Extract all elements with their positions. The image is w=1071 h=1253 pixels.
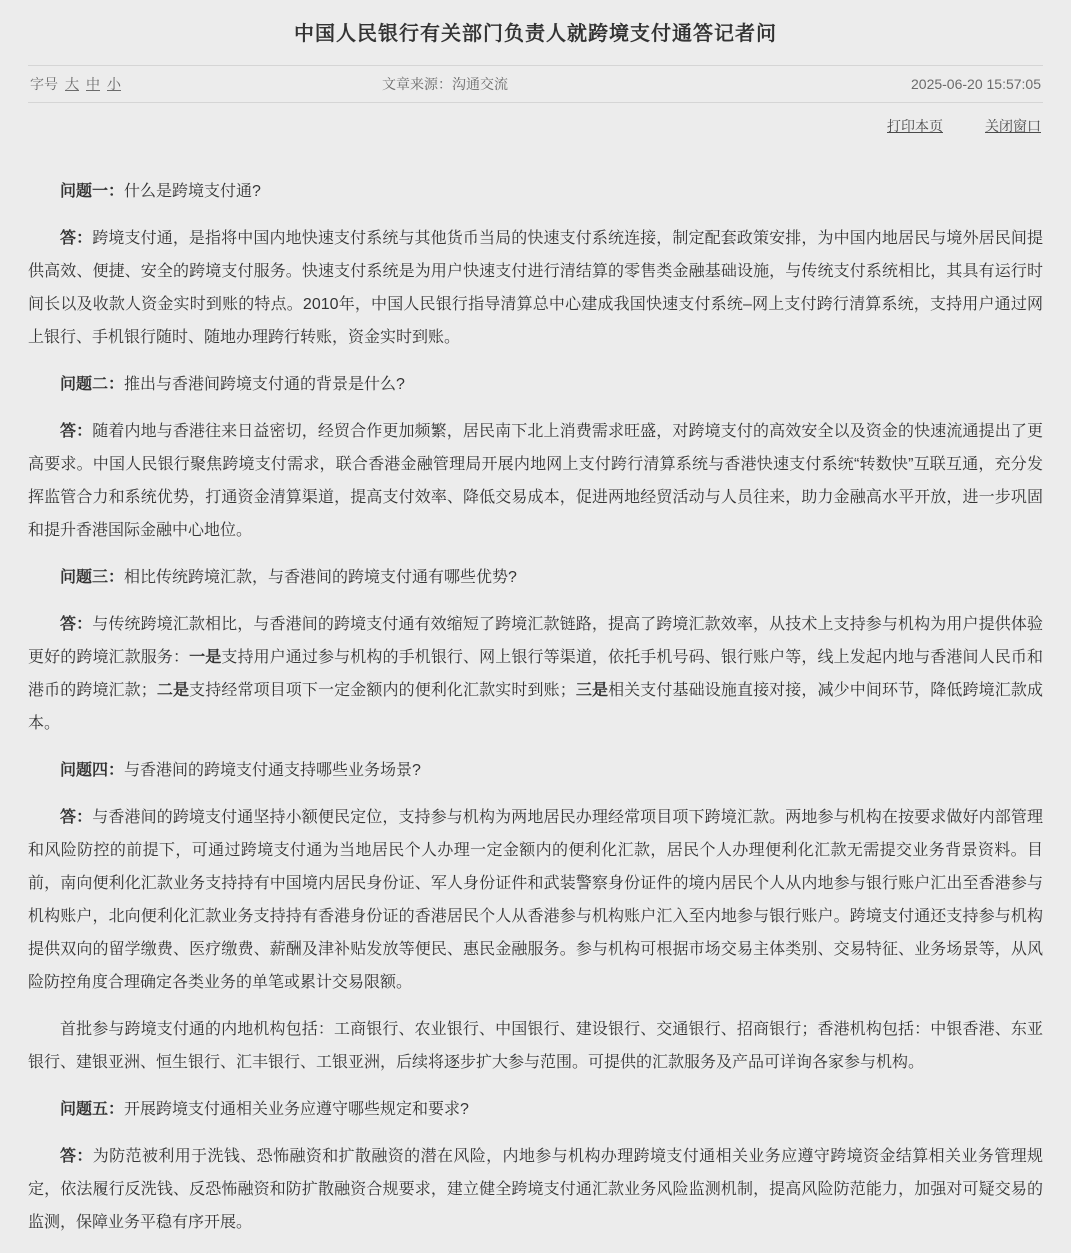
article-page: 中国人民银行有关部门负责人就跨境支付通答记者问 字号 大 中 小 文章来源：沟通…: [0, 0, 1071, 1239]
font-size-large-link[interactable]: 大: [65, 74, 79, 94]
source-value: 沟通交流: [452, 76, 508, 92]
question-4: 问题四：与香港间的跨境支付通支持哪些业务场景?: [28, 754, 1043, 787]
font-size-small-link[interactable]: 小: [107, 74, 121, 94]
font-size-medium-link[interactable]: 中: [86, 74, 100, 94]
meta-bar: 字号 大 中 小 文章来源：沟通交流 2025-06-20 15:57:05: [28, 65, 1043, 103]
close-window-link[interactable]: 关闭窗口: [985, 116, 1041, 136]
font-size-controls: 字号 大 中 小: [30, 74, 382, 94]
article-body: 问题一：什么是跨境支付通?答：跨境支付通，是指将中国内地快速支付系统与其他货币当…: [28, 136, 1043, 1239]
page-title: 中国人民银行有关部门负责人就跨境支付通答记者问: [28, 0, 1043, 65]
question-3: 问题三：相比传统跨境汇款，与香港间的跨境支付通有哪些优势?: [28, 561, 1043, 594]
answer-3: 答：与传统跨境汇款相比，与香港间的跨境支付通有效缩短了跨境汇款链路，提高了跨境汇…: [28, 608, 1043, 740]
source-label: 文章来源：: [382, 76, 452, 92]
font-size-label: 字号: [30, 74, 58, 94]
question-2: 问题二：推出与香港间跨境支付通的背景是什么?: [28, 368, 1043, 401]
answer-2: 答：随着内地与香港往来日益密切，经贸合作更加频繁，居民南下北上消费需求旺盛，对跨…: [28, 415, 1043, 547]
article-source: 文章来源：沟通交流: [382, 74, 911, 94]
answer-1: 答：跨境支付通，是指将中国内地快速支付系统与其他货币当局的快速支付系统连接，制定…: [28, 222, 1043, 354]
question-5: 问题五：开展跨境支付通相关业务应遵守哪些规定和要求?: [28, 1093, 1043, 1126]
answer-5: 答：为防范被利用于洗钱、恐怖融资和扩散融资的潜在风险，内地参与机构办理跨境支付通…: [28, 1140, 1043, 1239]
answer-4: 答：与香港间的跨境支付通坚持小额便民定位，支持参与机构为两地居民办理经常项目项下…: [28, 801, 1043, 999]
publish-datetime: 2025-06-20 15:57:05: [911, 76, 1041, 92]
page-actions: 打印本页 关闭窗口: [28, 103, 1043, 136]
question-1: 问题一：什么是跨境支付通?: [28, 175, 1043, 208]
participants: 首批参与跨境支付通的内地机构包括：工商银行、农业银行、中国银行、建设银行、交通银…: [28, 1013, 1043, 1079]
print-page-link[interactable]: 打印本页: [887, 116, 943, 136]
